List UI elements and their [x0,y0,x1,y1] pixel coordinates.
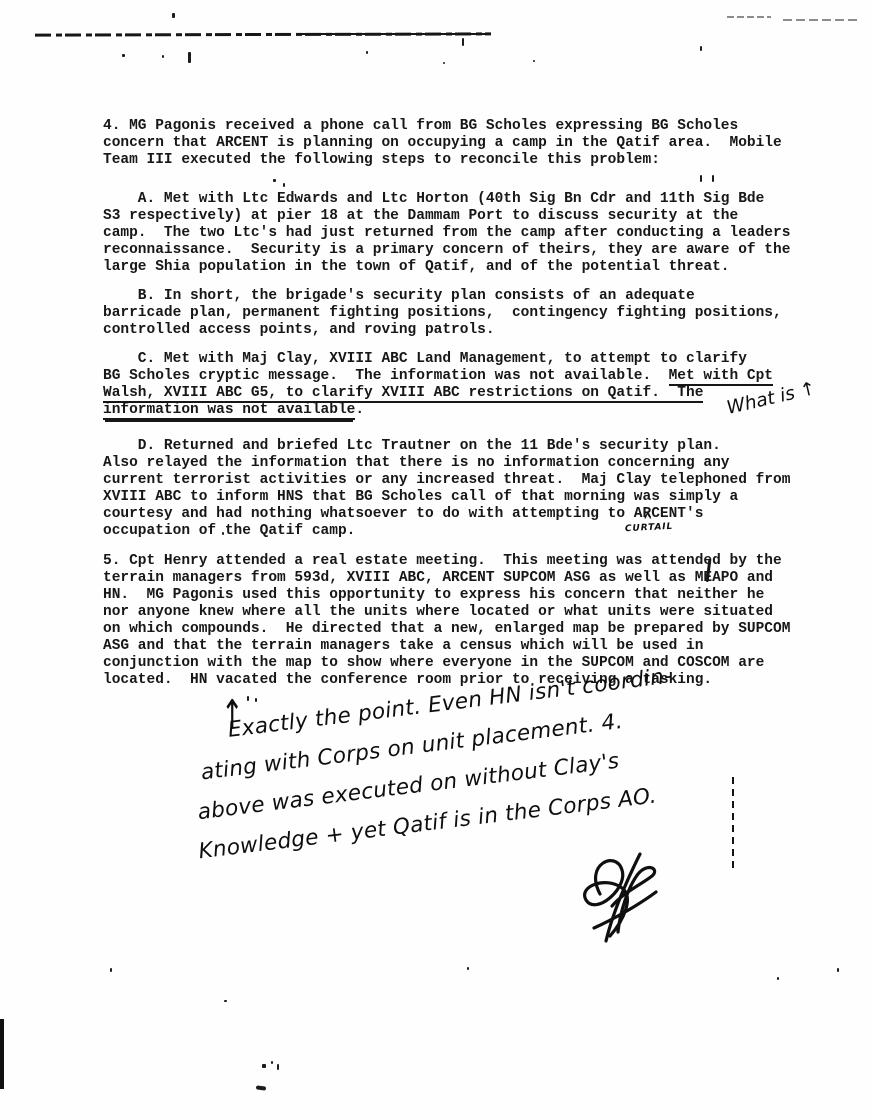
faint-dash-mark [783,19,861,21]
scan-speck [700,46,702,51]
scan-speck [533,60,535,62]
para-a: A. Met with Ltc Edwards and Ltc Horton (… [103,191,823,276]
dashed-pen-line [732,777,734,869]
scanned-memo-page: 4. MG Pagonis received a phone call from… [0,0,872,1120]
scan-speck [366,51,368,54]
scan-speck [462,38,464,46]
scan-speck [837,968,839,972]
scan-speck [283,183,285,187]
faint-dash-mark [727,16,771,18]
scan-speck [188,52,191,63]
scan-speck [122,54,125,57]
scan-speck [277,1064,279,1070]
para-5: 5. Cpt Henry attended a real estate meet… [103,553,823,689]
scan-speck [110,968,112,972]
para-d: D. Returned and briefed Ltc Trautner on … [103,438,823,540]
scan-speck [172,13,175,18]
scan-speck [247,696,249,701]
scan-speck [162,55,164,58]
para-b: B. In short, the brigade's security plan… [103,288,823,339]
scan-speck [273,179,276,182]
scan-speck [271,1061,273,1064]
signature-scribble [566,842,686,950]
scan-speck [467,967,469,970]
para-4: 4. MG Pagonis received a phone call from… [103,118,823,169]
scan-speck [700,175,702,182]
scan-speck [262,1064,266,1068]
scan-speck [255,698,257,702]
para-c: C. Met with Maj Clay, XVIII ABC Land Man… [103,351,823,419]
torn-top-edge-line-solid [300,33,485,35]
scan-speck [224,1000,227,1002]
scan-speck [222,532,224,535]
scan-edge-bar [0,1019,4,1089]
scan-speck [256,1085,266,1090]
scan-speck [777,977,779,980]
scan-speck [712,175,714,182]
scan-speck [443,62,445,64]
